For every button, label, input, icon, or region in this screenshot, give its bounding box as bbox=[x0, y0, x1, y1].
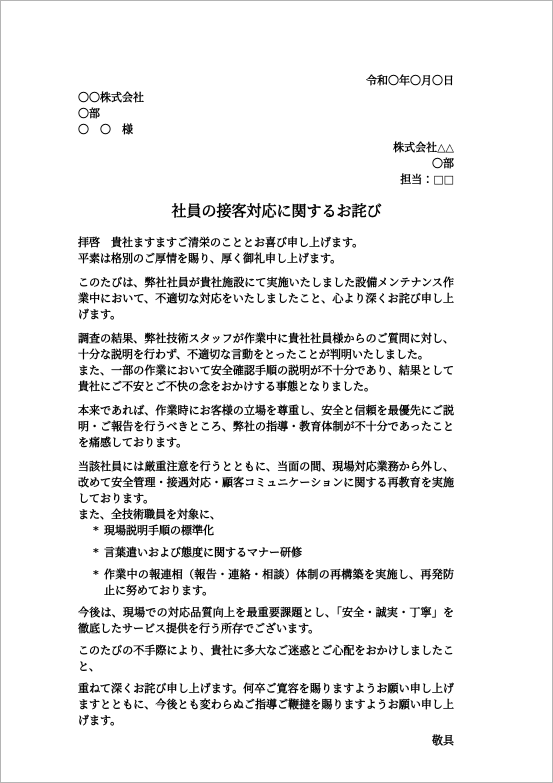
paragraph-trouble: このたびの不手際により、貴社に多大なご迷惑とご心配をおかけしましたこと、 bbox=[78, 643, 454, 675]
paragraph-line: また、一部の作業において安全確認手順の説明が不十分であり、結果として貴社にご不安… bbox=[78, 363, 454, 395]
paragraph-greeting: 拝啓 貴社ますますご清栄のこととお喜び申し上げます。 平素は格別のご厚情を賜り、… bbox=[78, 235, 454, 267]
paragraph-line: 今後は、現場での対応品質向上を最重要課題とし、「安全・誠実・丁寧」を徹底したサー… bbox=[78, 605, 454, 637]
bullet-marker-icon: * bbox=[93, 567, 99, 583]
paragraph-reflection: 本来であれば、作業時にお客様の立場を尊重し、安全と信頼を最優先にご説明・ご報告を… bbox=[78, 403, 454, 451]
letter-content: 令和〇年〇月〇日 〇〇株式会社 〇部 〇 〇 様 株式会社△△ 〇部 担当：□□… bbox=[1, 1, 552, 749]
bullet-item-standardization: * 現場説明手順の標準化 bbox=[78, 523, 454, 539]
paragraph-final-apology: 重ねて深くお詫び申し上げます。何卒ご寛容を賜りますようお願い申し上げますとともに… bbox=[78, 681, 454, 729]
letter-date: 令和〇年〇月〇日 bbox=[78, 73, 454, 89]
paragraph-line: 重ねて深くお詫び申し上げます。何卒ご寛容を賜りますようお願い申し上げますとともに… bbox=[78, 681, 454, 729]
paragraph-line: また、全技術職員を対象に、 bbox=[78, 507, 454, 523]
sender-block: 株式会社△△ 〇部 担当：□□ bbox=[78, 140, 454, 188]
paragraph-future-policy: 今後は、現場での対応品質向上を最重要課題とし、「安全・誠実・丁寧」を徹底したサー… bbox=[78, 605, 454, 637]
sender-company: 株式会社△△ bbox=[78, 140, 454, 156]
recipient-department: 〇部 bbox=[78, 106, 454, 122]
bullet-item-horenso: * 作業中の報連相（報告・連絡・相談）体制の再構築を実施し、再発防止に努めており… bbox=[78, 567, 454, 599]
bullet-text: 言葉遣いおよび態度に関するマナー研修 bbox=[104, 546, 302, 559]
paragraph-line: 調査の結果、弊社技術スタッフが作業中に貴社社員様からのご質問に対し、十分な説明を… bbox=[78, 331, 454, 363]
paragraph-line: このたびは、弊社社員が貴社施設にて実施いたしました設備メンテナンス作業中において… bbox=[78, 275, 454, 323]
paragraph-line: このたびの不手際により、貴社に多大なご迷惑とご心配をおかけしましたこと、 bbox=[78, 643, 454, 675]
bullet-marker-icon: * bbox=[93, 545, 99, 561]
recipient-block: 〇〇株式会社 〇部 〇 〇 様 bbox=[78, 90, 454, 138]
paragraph-apology-intro: このたびは、弊社社員が貴社施設にて実施いたしました設備メンテナンス作業中において… bbox=[78, 275, 454, 323]
paragraph-line: 平素は格別のご厚情を賜り、厚く御礼申し上げます。 bbox=[78, 251, 454, 267]
recipient-company: 〇〇株式会社 bbox=[78, 90, 454, 106]
paragraph-line: 拝啓 貴社ますますご清栄のこととお喜び申し上げます。 bbox=[78, 235, 454, 251]
bullet-marker-icon: * bbox=[93, 523, 99, 539]
paragraph-investigation: 調査の結果、弊社技術スタッフが作業中に貴社社員様からのご質問に対し、十分な説明を… bbox=[78, 331, 454, 395]
letter-title: 社員の接客対応に関するお詫び bbox=[1, 201, 552, 221]
paragraph-measures: 当該社員には厳重注意を行うとともに、当面の間、現場対応業務から外し、改めて安全管… bbox=[78, 459, 454, 523]
sender-contact: 担当：□□ bbox=[78, 172, 454, 188]
paragraph-line: 本来であれば、作業時にお客様の立場を尊重し、安全と信頼を最優先にご説明・ご報告を… bbox=[78, 403, 454, 451]
bullet-text: 現場説明手順の標準化 bbox=[104, 524, 214, 537]
bullet-item-manner-training: * 言葉遣いおよび態度に関するマナー研修 bbox=[78, 545, 454, 561]
closing-word: 敬具 bbox=[78, 733, 454, 749]
paragraph-line: 当該社員には厳重注意を行うとともに、当面の間、現場対応業務から外し、改めて安全管… bbox=[78, 459, 454, 507]
recipient-person: 〇 〇 様 bbox=[78, 122, 454, 138]
bullet-text: 作業中の報連相（報告・連絡・相談）体制の再構築を実施し、再発防止に努めております… bbox=[104, 568, 454, 597]
sender-department: 〇部 bbox=[78, 156, 454, 172]
letter-body: 拝啓 貴社ますますご清栄のこととお喜び申し上げます。 平素は格別のご厚情を賜り、… bbox=[78, 235, 454, 749]
measures-bullet-list: * 現場説明手順の標準化 * 言葉遣いおよび態度に関するマナー研修 * 作業中の… bbox=[78, 523, 454, 599]
letter-page: 令和〇年〇月〇日 〇〇株式会社 〇部 〇 〇 様 株式会社△△ 〇部 担当：□□… bbox=[0, 0, 553, 783]
